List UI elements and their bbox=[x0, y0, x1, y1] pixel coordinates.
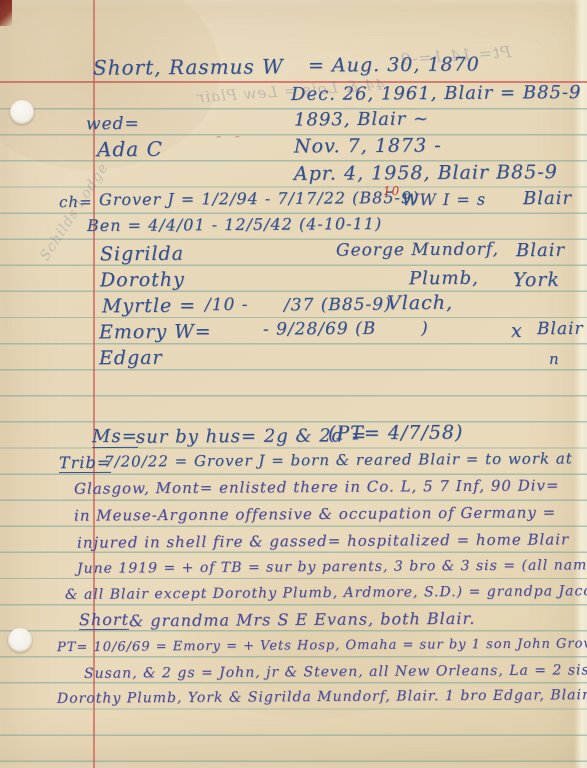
mrs-label: Ms= bbox=[92, 428, 138, 448]
obit-line-8: PT= 10/6/69 = Emory = + Vets Hosp, Omaha… bbox=[57, 637, 587, 654]
obit-line-4: injured in shell fire & gassed= hospital… bbox=[77, 532, 569, 550]
myrtle-death: /37 (B85-9) bbox=[284, 297, 392, 315]
myrtle-birth: /10 - bbox=[205, 297, 249, 314]
obit-line-1: 7/20/22 = Grover J = born & reared Blair… bbox=[104, 451, 573, 469]
ditto-mark: n bbox=[549, 352, 560, 367]
spouse-birth: Nov. 7, 1873 - bbox=[294, 136, 442, 156]
obit-line-10: Dorothy Plumb, York & Sigrilda Mundorf, … bbox=[57, 688, 587, 706]
sigrilda-spouse: George Mundorf, bbox=[336, 241, 499, 259]
dorothy-place: York bbox=[513, 271, 560, 290]
obit-line-2: Glasgow, Mont= enlisted there in Co. L, … bbox=[74, 478, 560, 496]
obit-line-7a: Short bbox=[79, 612, 129, 630]
ww1-note: WW I = s bbox=[402, 192, 486, 209]
spouse-death: Apr. 4, 1958, Blair B85-9 bbox=[294, 163, 558, 184]
obit-line-7b: & grandma Mrs S E Evans, both Blair. bbox=[129, 611, 475, 629]
punch-hole-bottom bbox=[8, 628, 32, 652]
source-pt-date: (PT= 4/7/58) bbox=[328, 424, 464, 444]
child-sigrilda: Sigrilda bbox=[100, 245, 184, 265]
punch-hole-top bbox=[10, 100, 34, 124]
obit-line-9: Susan, & 2 gs = John, jr & Steven, all N… bbox=[84, 663, 587, 681]
child-edgar: Edgar bbox=[99, 349, 163, 368]
bleed-fragment-1: Pt= 14 1=-9 bbox=[400, 44, 512, 68]
child-myrtle: Myrtle = bbox=[102, 297, 196, 317]
crossed-x-mark: x bbox=[511, 322, 523, 341]
myrtle-spouse: Vlach, bbox=[387, 294, 453, 313]
obit-line-5: June 1919 = + of TB = sur by parents, 3 … bbox=[77, 558, 587, 576]
child-grover: Grover J = 1/2/94 - 7/17/22 (B85-9) bbox=[99, 190, 419, 208]
sigrilda-place: Blair bbox=[516, 242, 565, 260]
emory-death: - 9/28/69 (B ) bbox=[263, 320, 429, 338]
emory-place: Blair bbox=[537, 321, 584, 338]
wed-date: 1893, Blair ~ bbox=[294, 111, 429, 130]
dorothy-spouse: Plumb, bbox=[409, 270, 479, 288]
child-emory: Emory W= bbox=[99, 323, 212, 343]
child-dorothy: Dorothy bbox=[100, 271, 185, 291]
red-superscript: 10 bbox=[383, 185, 400, 197]
obit-line-3: in Meuse-Argonne offensive & occupation … bbox=[74, 505, 556, 523]
spouse-name: Ada C bbox=[97, 139, 163, 159]
red-dash-marks: - - bbox=[216, 128, 241, 144]
scanned-notebook-page: Short, Rasmus W= Aug. 30, 1870Dec. 26, 1… bbox=[0, 0, 587, 768]
obit-line-6: & all Blair except Dorothy Plumb, Ardmor… bbox=[65, 584, 587, 602]
child-ben: Ben = 4/4/01 - 12/5/42 (4-10-11) bbox=[87, 216, 382, 234]
wed-label: wed= bbox=[86, 116, 140, 133]
surname-entry: Short, Rasmus W bbox=[93, 56, 284, 77]
grover-place: Blair bbox=[523, 190, 572, 208]
